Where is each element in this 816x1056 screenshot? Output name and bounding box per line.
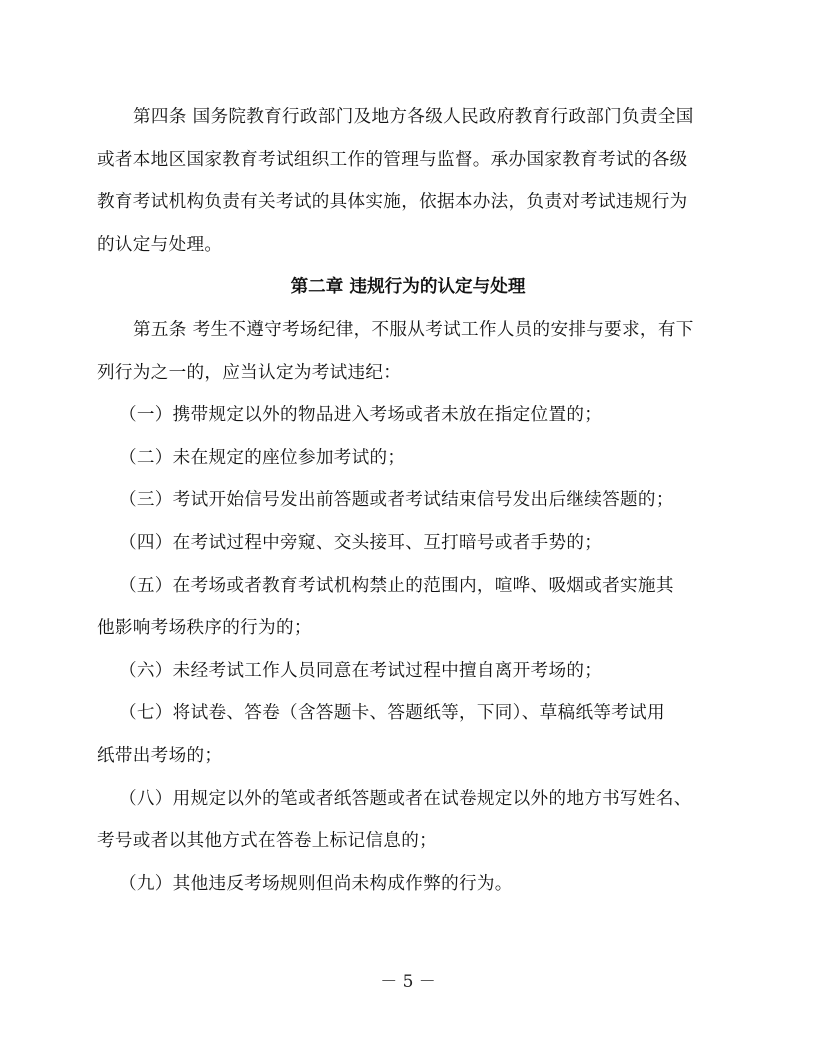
document-page: 第四条 国务院教育行政部门及地方各级人民政府教育行政部门负责全国 或者本地区国家… [97,96,719,905]
article-4-line-4: 的认定与处理。 [97,224,719,267]
item-9: （九）其他违反考场规则但尚未构成作弊的行为。 [97,863,719,906]
item-2: （二）未在规定的座位参加考试的； [97,437,719,480]
item-1: （一）携带规定以外的物品进入考场或者未放在指定位置的； [97,394,719,437]
article-4-line-1: 第四条 国务院教育行政部门及地方各级人民政府教育行政部门负责全国 [97,96,719,139]
item-6: （六）未经考试工作人员同意在考试过程中擅自离开考场的； [97,650,719,693]
article-4-line-2: 或者本地区国家教育考试组织工作的管理与监督。承办国家教育考试的各级 [97,139,719,182]
item-5-line-2: 他影响考场秩序的行为的； [97,607,719,650]
item-7-line-2: 纸带出考场的； [97,735,719,778]
article-4-line-3: 教育考试机构负责有关考试的具体实施，依据本办法，负责对考试违规行为 [97,181,719,224]
item-3: （三）考试开始信号发出前答题或者考试结束信号发出后继续答题的； [97,479,719,522]
article-5-line-1: 第五条 考生不遵守考场纪律，不服从考试工作人员的安排与要求，有下 [97,309,719,352]
chapter-heading: 第二章 违规行为的认定与处理 [97,266,719,309]
item-4: （四）在考试过程中旁窥、交头接耳、互打暗号或者手势的； [97,522,719,565]
article-5-line-2: 列行为之一的，应当认定为考试违纪： [97,352,719,395]
item-7-line-1: （七）将试卷、答卷（含答题卡、答题纸等，下同）、草稿纸等考试用 [97,692,719,735]
page-number: － 5 － [0,967,816,992]
item-8-line-1: （八）用规定以外的笔或者纸答题或者在试卷规定以外的地方书写姓名、 [97,778,719,821]
item-8-line-2: 考号或者以其他方式在答卷上标记信息的； [97,820,719,863]
item-5-line-1: （五）在考场或者教育考试机构禁止的范围内，喧哗、吸烟或者实施其 [97,565,719,608]
